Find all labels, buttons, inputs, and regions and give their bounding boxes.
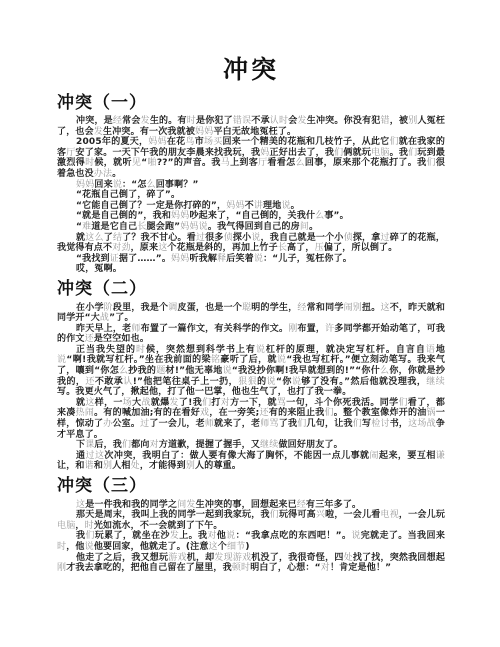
light-character: 妈 bbox=[76, 180, 85, 190]
light-character: 侦 bbox=[224, 233, 233, 243]
paragraph: 妈妈回来说：“怎么回事啊？” bbox=[57, 180, 445, 191]
light-character: 过 bbox=[140, 419, 149, 429]
light-character: 战 bbox=[427, 419, 436, 429]
light-character: 游 bbox=[233, 553, 242, 563]
light-character: 买 bbox=[213, 137, 222, 147]
light-character: 说 bbox=[254, 254, 263, 264]
paragraph: 2005年的夏天，妈妈在花鸟市场买回来一个精美的花瓶和几枝竹子，从此它们就在我家… bbox=[57, 137, 445, 179]
paragraph: 冲突，是经常会发生的。有时是你犯了错误不承认时会发生冲突。你没有犯错，被别人冤枉… bbox=[57, 116, 445, 137]
light-character: 说 bbox=[226, 531, 235, 541]
light-character: 妈 bbox=[204, 127, 213, 137]
light-character: 刚 bbox=[288, 324, 297, 334]
light-character: 发 bbox=[186, 500, 195, 510]
light-character: 们 bbox=[122, 440, 131, 450]
light-character: 语 bbox=[426, 345, 436, 355]
light-character: 继 bbox=[426, 377, 435, 387]
light-character: 妈 bbox=[189, 222, 198, 232]
light-character: 马 bbox=[221, 158, 230, 168]
document-sections: 冲突（一）冲突，是经常会发生的。有时是你犯了错误不承认时会发生冲突。你没有犯错，… bbox=[57, 94, 445, 574]
light-character: 证 bbox=[110, 254, 119, 264]
light-character: 经 bbox=[297, 303, 306, 313]
light-character: 说 bbox=[267, 377, 276, 387]
light-character: 们 bbox=[297, 419, 306, 429]
light-character: 说 bbox=[292, 377, 301, 387]
light-character: 经 bbox=[297, 500, 306, 510]
paragraph: 那天是周末，我叫上我的同学一起到我家玩，我们玩得可高兴啦，一会儿看电视，一会儿玩… bbox=[57, 510, 445, 531]
paragraph: 在小学阶段里，我是个调皮蛋，也是一个聪明的学生，经常和同学闹别扭。这不，昨天就和… bbox=[57, 303, 445, 324]
light-character: 说 bbox=[85, 542, 94, 552]
light-character: 妈 bbox=[180, 254, 189, 264]
light-character: 战 bbox=[141, 398, 150, 408]
light-character: 妈 bbox=[195, 127, 204, 137]
light-character: 妈 bbox=[171, 254, 180, 264]
light-character: 时 bbox=[136, 345, 146, 355]
light-character: 这 bbox=[76, 500, 85, 510]
light-character: 处 bbox=[344, 553, 353, 563]
light-character: 刚 bbox=[57, 563, 66, 573]
paragraph: “我找到证据了……”。妈妈听我解释后笑着说：“儿子，冤枉你了。 bbox=[57, 254, 445, 265]
light-character: 误 bbox=[242, 116, 251, 126]
light-character: 对 bbox=[207, 531, 216, 541]
light-character: 难 bbox=[82, 222, 91, 232]
light-character: 闹 bbox=[85, 408, 94, 418]
light-character: 过 bbox=[196, 233, 205, 243]
light-character: 妈 bbox=[235, 201, 244, 211]
section-heading: 冲突（一） bbox=[57, 94, 445, 114]
paragraph: 昨天早上，老师布置了一篇作文，有关科学的作文。刚布置，许多同学都开始动笔了，可我… bbox=[57, 324, 445, 345]
light-character: 对 bbox=[150, 440, 159, 450]
light-character: 鸟 bbox=[185, 137, 194, 147]
light-character: 别 bbox=[353, 303, 362, 313]
light-character: 间 bbox=[300, 222, 309, 232]
light-character: 过 bbox=[381, 233, 390, 243]
light-character: 妈 bbox=[260, 148, 269, 158]
light-character: 铭 bbox=[211, 355, 220, 365]
light-character: 师 bbox=[131, 324, 140, 334]
light-character: 时 bbox=[187, 116, 196, 126]
paragraph: 我们玩累了，就坐在沙发上。我对他说：“我拿点吃的东西吧！”。说完就走了。当我回来… bbox=[57, 531, 445, 552]
light-character: 狠 bbox=[238, 377, 247, 387]
light-character: 骂 bbox=[277, 398, 286, 408]
light-character: 电 bbox=[371, 148, 380, 158]
light-character: 脑 bbox=[66, 521, 75, 531]
light-character: 狠 bbox=[248, 377, 257, 387]
light-character: 这 bbox=[85, 398, 94, 408]
light-character: 节 bbox=[236, 542, 245, 552]
light-character: 对 bbox=[321, 563, 330, 573]
light-character: 办 bbox=[94, 169, 103, 179]
light-character: 这 bbox=[380, 303, 389, 313]
light-character: 么 bbox=[119, 366, 128, 376]
light-character: 还 bbox=[85, 334, 94, 344]
light-character: 啪 bbox=[147, 158, 157, 168]
light-character: 们 bbox=[202, 398, 211, 408]
light-character: 压 bbox=[315, 243, 324, 253]
light-character: 办 bbox=[103, 419, 112, 429]
light-character: 时 bbox=[241, 563, 250, 573]
light-character: 别 bbox=[103, 461, 112, 471]
light-character: 长 bbox=[278, 243, 287, 253]
light-character: 发 bbox=[298, 116, 307, 126]
light-character: 脑 bbox=[380, 148, 389, 158]
light-character: 劲 bbox=[121, 243, 130, 253]
document-page: 冲突 冲突（一）冲突，是经常会发生的。有时是你犯了错误不承认时会发生冲突。你没有… bbox=[0, 0, 500, 647]
light-character: 课 bbox=[85, 440, 94, 450]
light-character: 认 bbox=[123, 377, 132, 387]
light-character: 妈 bbox=[171, 211, 180, 221]
light-character: 戏 bbox=[200, 408, 209, 418]
light-character: 妈 bbox=[180, 211, 189, 221]
paragraph: “花瓶自己倒了，碎了”。 bbox=[57, 190, 445, 201]
light-character: 续 bbox=[269, 440, 278, 450]
light-character: 骂 bbox=[270, 419, 279, 429]
light-character: 锅 bbox=[427, 408, 436, 418]
light-character: 么 bbox=[315, 211, 324, 221]
light-character: 发 bbox=[141, 116, 150, 126]
light-character: 还 bbox=[260, 408, 269, 418]
light-character: 们 bbox=[334, 148, 343, 158]
light-character: 妈 bbox=[158, 137, 167, 147]
light-character: 说 bbox=[57, 355, 66, 365]
light-character: 结 bbox=[113, 233, 122, 243]
light-character: 谐 bbox=[85, 461, 94, 471]
light-character: 讲 bbox=[254, 201, 263, 211]
light-character: 对 bbox=[221, 398, 230, 408]
light-character: 谦 bbox=[436, 451, 445, 461]
paragraph: 就这样，一场大战就爆发了!我们打对方一下，就骂一句，斗个你死我活。同学们看了，都… bbox=[57, 398, 445, 440]
light-character: 续 bbox=[436, 377, 445, 387]
light-character: 别 bbox=[186, 461, 195, 471]
light-character: 说 bbox=[113, 180, 122, 190]
light-character: 师 bbox=[260, 419, 269, 429]
light-character: 错 bbox=[233, 116, 242, 126]
light-character: 顿 bbox=[232, 563, 241, 573]
light-character: 说 bbox=[351, 531, 360, 541]
light-character: 厅 bbox=[258, 158, 267, 168]
light-character: 们 bbox=[85, 531, 94, 541]
light-character: 么 bbox=[147, 180, 156, 190]
light-character: 闹 bbox=[344, 303, 353, 313]
light-character: 说 bbox=[223, 366, 232, 376]
light-character: 继 bbox=[260, 440, 269, 450]
light-character: 们 bbox=[270, 510, 279, 520]
light-character: 说 bbox=[281, 201, 290, 211]
light-character: 师 bbox=[205, 419, 214, 429]
light-character: 妈 bbox=[148, 137, 157, 147]
light-character: 发 bbox=[214, 553, 223, 563]
section-heading: 冲突（二） bbox=[57, 280, 445, 300]
light-character: 经 bbox=[113, 116, 122, 126]
paragraph: 这是一件我和我的同学之间发生冲突的事，回想起来已经有三年多了。 bbox=[57, 500, 445, 511]
light-character: 聪 bbox=[242, 303, 251, 313]
light-character: 题 bbox=[156, 366, 165, 376]
light-character: 么 bbox=[94, 233, 103, 243]
light-character: 调 bbox=[168, 303, 177, 313]
light-character: 阶 bbox=[104, 303, 113, 313]
light-character: 闹 bbox=[370, 451, 379, 461]
light-character: 场 bbox=[417, 419, 426, 429]
page-title: 冲突 bbox=[57, 56, 445, 84]
light-character: 说 bbox=[277, 355, 286, 365]
light-character: 长 bbox=[137, 222, 146, 232]
light-character: 这 bbox=[158, 243, 167, 253]
light-character: 侦 bbox=[344, 233, 353, 243]
light-character: 过 bbox=[85, 451, 94, 461]
paragraph: “它能自己倒了？一定是你打碎的”，妈妈不讲理地说。 bbox=[57, 201, 445, 212]
light-character: 发 bbox=[170, 398, 179, 408]
light-character: 错 bbox=[381, 116, 390, 126]
light-character: 细 bbox=[227, 542, 236, 552]
light-character: 兴 bbox=[316, 510, 325, 520]
light-character: 发 bbox=[94, 127, 103, 137]
paragraph: 通过这次冲突，我明白了：做人要有像大海了胸怀，不能因一点儿事就闹起来，要互相谦让… bbox=[57, 451, 445, 472]
light-character: 释 bbox=[217, 254, 226, 264]
paragraph: 他走了之后，我又想玩游戏机，却发现游戏机没了，我很奇怪，四处找了找，突然我回想起… bbox=[57, 553, 445, 574]
light-character: 时 bbox=[57, 542, 66, 552]
light-character: 许 bbox=[325, 324, 334, 334]
light-character: 见 bbox=[132, 158, 141, 168]
light-character: 发 bbox=[170, 531, 179, 541]
paragraph: 就这么了结了？我不甘心。看过很多侦探小说，我自己就是一个小侦探，拿过碎了的花瓶，… bbox=[57, 233, 445, 254]
light-character: 法 bbox=[103, 169, 112, 179]
light-character: 场 bbox=[123, 398, 132, 408]
light-character: 视 bbox=[390, 510, 399, 520]
light-character: 说 bbox=[199, 222, 208, 232]
light-character: 戏 bbox=[242, 553, 251, 563]
paragraph: 正当我失望的时候，突然想到科学书上有说杠杆的原理，就决定写杠杆。自言自语地说“啊… bbox=[57, 345, 445, 398]
light-character: 说 bbox=[251, 233, 260, 243]
light-character: 么 bbox=[296, 158, 305, 168]
light-character: 们 bbox=[398, 398, 407, 408]
light-character: 别 bbox=[408, 116, 417, 126]
light-character: 们 bbox=[408, 148, 417, 158]
light-character: 么 bbox=[380, 366, 389, 376]
paragraph: 下课后，我们都向对方道歉，提握了握手，又继续做回好朋友了。 bbox=[57, 440, 445, 451]
light-character: 这 bbox=[209, 542, 218, 552]
light-character: 认 bbox=[270, 116, 279, 126]
light-character: 们 bbox=[353, 419, 362, 429]
light-character: 处 bbox=[131, 461, 140, 471]
light-character: 厅 bbox=[66, 148, 75, 158]
paragraph: “就是自己倒的”，我和妈妈吵起来了，“自己倒的，关我什么事”。 bbox=[57, 211, 445, 222]
light-character: 还 bbox=[85, 377, 94, 387]
light-character: 讨 bbox=[380, 419, 389, 429]
light-character: 时 bbox=[279, 116, 288, 126]
light-character: 战 bbox=[100, 313, 109, 323]
light-character: 热 bbox=[76, 408, 85, 418]
light-character: 妈 bbox=[85, 180, 94, 190]
light-character: 电 bbox=[380, 510, 389, 520]
section-heading: 冲突（三） bbox=[57, 477, 445, 497]
light-character: 们 bbox=[426, 158, 435, 168]
light-character: 们 bbox=[325, 408, 334, 418]
light-character: 场 bbox=[204, 137, 213, 147]
light-character: 时 bbox=[85, 158, 94, 168]
light-character: 们 bbox=[389, 137, 398, 147]
light-character: 这 bbox=[95, 451, 104, 461]
light-character: 戏 bbox=[177, 553, 186, 563]
paragraph: “难道是它自己长腿会跑”妈妈说。我气得回到自己的房间。 bbox=[57, 222, 445, 233]
paragraph: 哎，冤啊。 bbox=[57, 264, 445, 275]
light-character: 电 bbox=[57, 521, 66, 531]
light-character: 时 bbox=[85, 521, 94, 531]
light-character: 现 bbox=[224, 553, 233, 563]
light-character: 说 bbox=[256, 345, 266, 355]
